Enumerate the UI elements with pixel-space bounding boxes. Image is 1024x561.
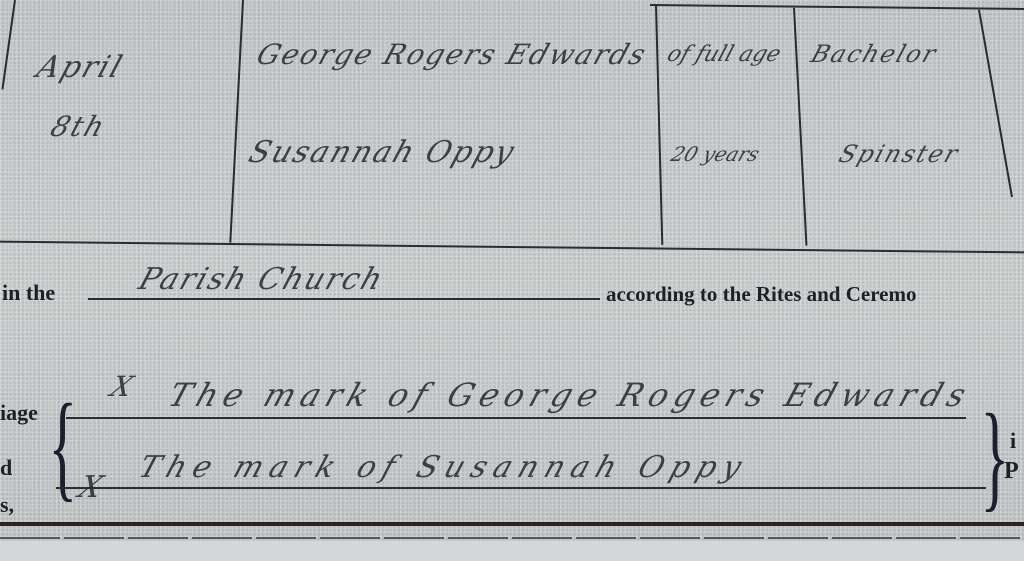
column-divider-date-names <box>229 0 244 243</box>
date-month: April <box>32 50 128 85</box>
groom-age: of full age <box>664 42 784 67</box>
left-label-fragment-2: d <box>0 455 12 481</box>
place-prefix: in the <box>2 280 55 306</box>
column-divider-condition-right <box>978 10 1013 197</box>
page-bottom-margin <box>0 541 1024 561</box>
place-fill-line <box>88 298 600 300</box>
date-day: 8th <box>47 110 111 143</box>
place-suffix: according to the Rites and Ceremo <box>606 282 916 307</box>
right-label-fragment-2: P <box>1004 458 1019 485</box>
column-divider-names-age <box>655 5 663 245</box>
groom-signature-line <box>66 417 966 419</box>
register-page: April 8th George Rogers Edwards Susannah… <box>0 0 1024 561</box>
right-label-fragment-1: i <box>1010 428 1016 454</box>
right-brace: } <box>980 396 1009 516</box>
table-bottom-rule <box>0 241 1024 254</box>
table-top-rule <box>650 4 1024 10</box>
bride-condition: Spinster <box>835 140 963 168</box>
bride-signature: The mark of Susannah Oppy <box>134 450 753 485</box>
left-label-fragment-3: s, <box>0 492 14 518</box>
bride-age: 20 years <box>668 142 763 166</box>
left-label-fragment-1: iage <box>0 400 38 426</box>
column-divider-age-condition <box>793 8 807 246</box>
place-value: Parish Church <box>134 262 388 297</box>
groom-name: George Rogers Edwards <box>253 38 652 71</box>
bride-signature-line <box>56 487 986 489</box>
groom-signature: The mark of George Rogers Edwards <box>164 376 977 414</box>
column-divider-left-edge <box>1 0 16 89</box>
groom-condition: Bachelor <box>807 40 941 68</box>
bottom-dashed-rule <box>0 537 1024 539</box>
groom-mark: X <box>107 370 140 403</box>
bride-name: Susannah Oppy <box>244 135 520 170</box>
bottom-thick-rule <box>0 522 1024 526</box>
